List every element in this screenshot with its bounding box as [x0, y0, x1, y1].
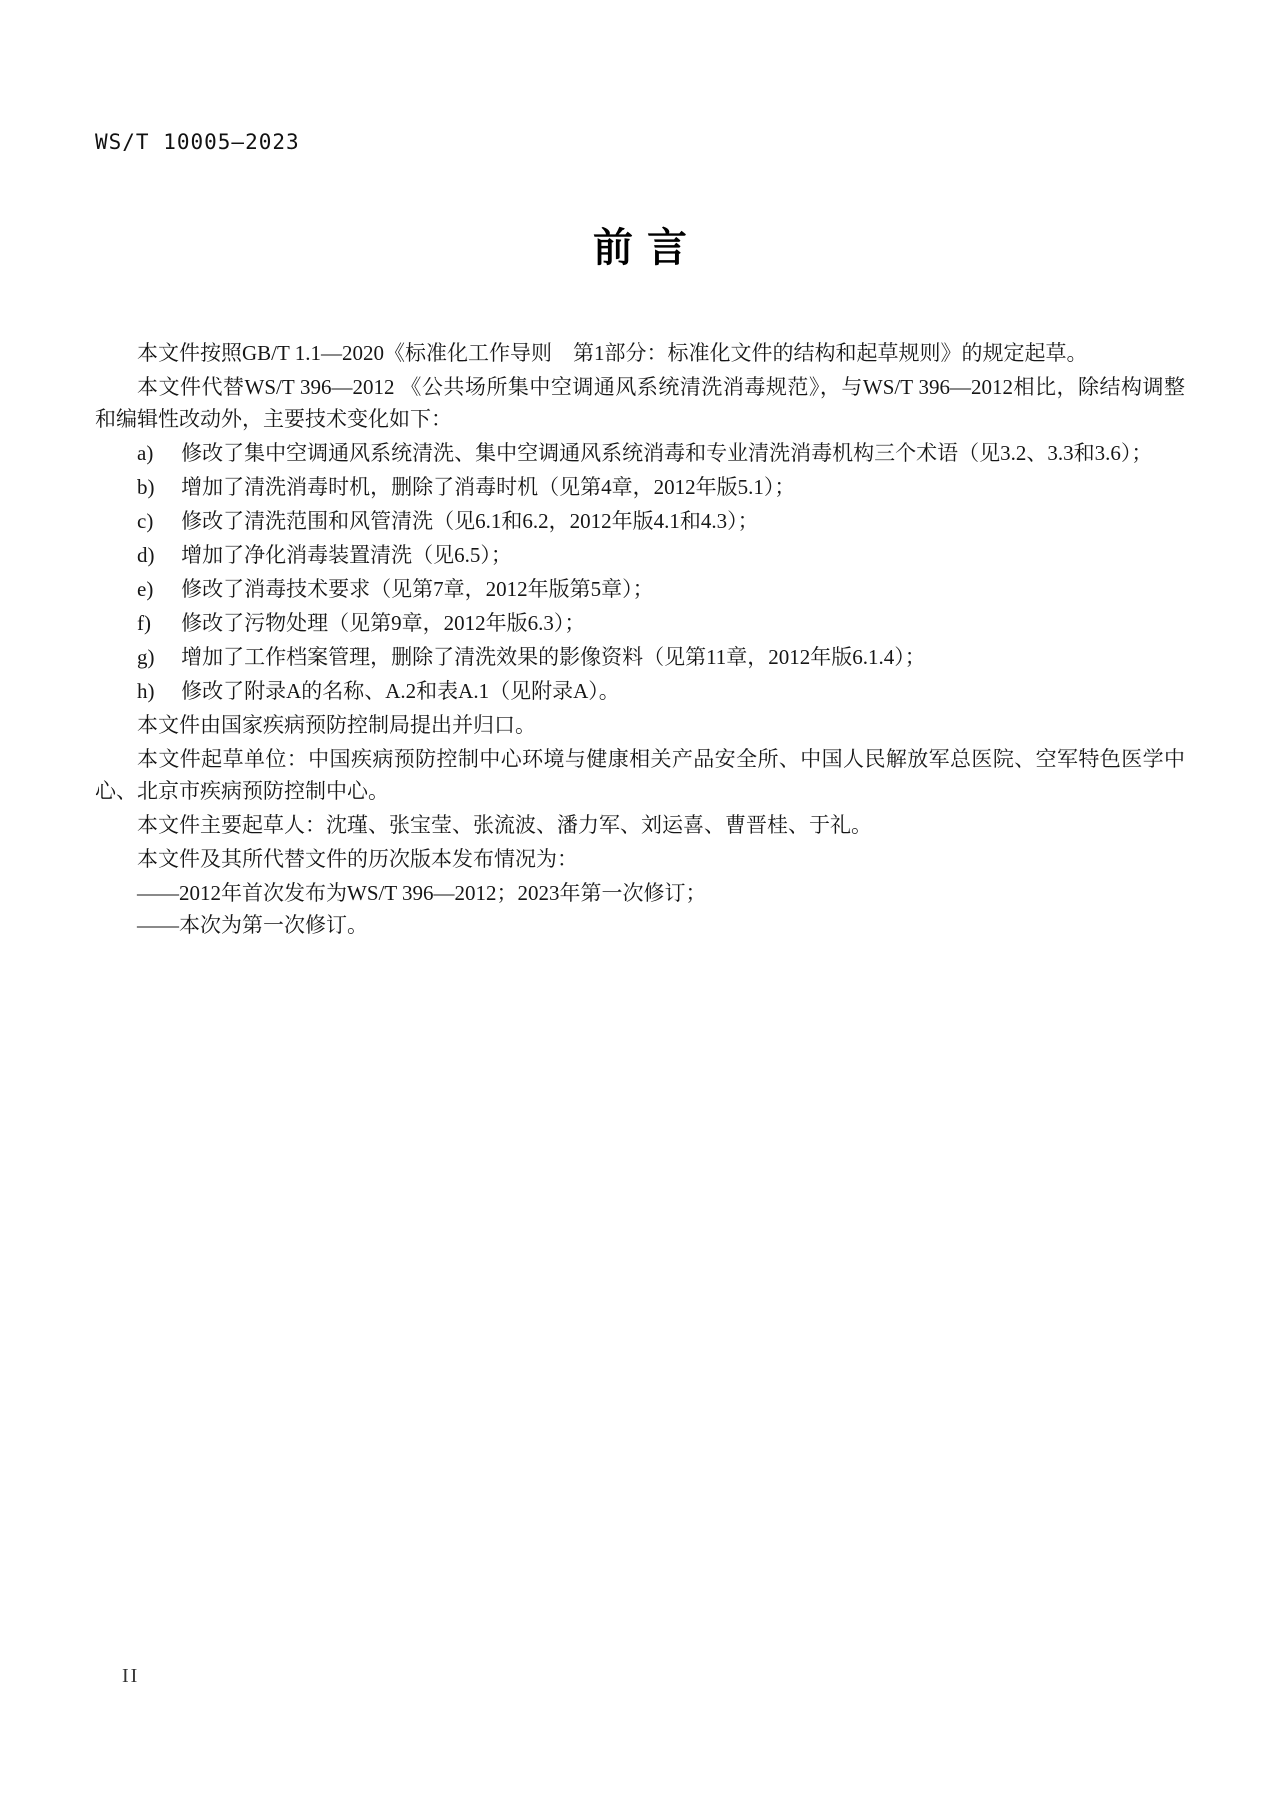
document-body: 本文件按照GB/T 1.1—2020《标准化工作导则 第1部分：标准化文件的结构… — [95, 337, 1185, 941]
change-item-g: g)增加了工作档案管理，删除了清洗效果的影像资料（见第11章，2012年版6.1… — [95, 641, 1185, 673]
paragraph-drafting-basis: 本文件按照GB/T 1.1—2020《标准化工作导则 第1部分：标准化文件的结构… — [95, 337, 1185, 369]
change-item-label: a) — [137, 437, 181, 469]
change-item-text: 修改了集中空调通风系统清洗、集中空调通风系统消毒和专业清洗消毒机构三个术语（见3… — [181, 441, 1152, 465]
change-item-e: e)修改了消毒技术要求（见第7章，2012年版第5章）； — [95, 573, 1185, 605]
page-title: 前言 — [95, 216, 1185, 273]
change-item-label: f) — [137, 607, 181, 639]
paragraph-drafting-organizations: 本文件起草单位：中国疾病预防控制中心环境与健康相关产品安全所、中国人民解放军总医… — [95, 743, 1185, 807]
change-item-label: h) — [137, 675, 181, 707]
doc-number: WS/T 10005—2023 — [95, 130, 300, 154]
paragraph-issuing-body: 本文件由国家疾病预防控制局提出并归口。 — [95, 709, 1185, 741]
change-item-text: 修改了消毒技术要求（见第7章，2012年版第5章）； — [181, 577, 654, 601]
history-item-current-revision: ——本次为第一次修订。 — [95, 909, 1185, 941]
change-item-h: h)修改了附录A的名称、A.2和表A.1（见附录A）。 — [95, 675, 1185, 707]
page-footer: II — [122, 1665, 139, 1688]
document-header: WS/T 10005—2023 — [95, 130, 1185, 154]
change-item-label: c) — [137, 505, 181, 537]
change-item-f: f)修改了污物处理（见第9章，2012年版6.3）； — [95, 607, 1185, 639]
change-item-text: 修改了污物处理（见第9章，2012年版6.3）； — [181, 611, 585, 635]
document-page: WS/T 10005—2023 前言 本文件按照GB/T 1.1—2020《标准… — [0, 0, 1280, 1810]
change-item-label: b) — [137, 471, 181, 503]
change-item-d: d)增加了净化消毒装置清洗（见6.5）； — [95, 539, 1185, 571]
paragraph-main-drafters: 本文件主要起草人：沈瑾、张宝莹、张流波、潘力军、刘运喜、曹晋桂、于礼。 — [95, 809, 1185, 841]
change-item-c: c)修改了清洗范围和风管清洗（见6.1和6.2，2012年版4.1和4.3）； — [95, 505, 1185, 537]
change-item-a: a)修改了集中空调通风系统清洗、集中空调通风系统消毒和专业清洗消毒机构三个术语（… — [95, 437, 1185, 469]
paragraph-replacement-note: 本文件代替WS/T 396—2012 《公共场所集中空调通风系统清洗消毒规范》，… — [95, 371, 1185, 435]
paragraph-version-history-intro: 本文件及其所代替文件的历次版本发布情况为： — [95, 843, 1185, 875]
change-item-text: 增加了工作档案管理，删除了清洗效果的影像资料（见第11章，2012年版6.1.4… — [181, 645, 926, 669]
change-item-text: 增加了清洗消毒时机，删除了消毒时机（见第4章，2012年版5.1）； — [181, 475, 795, 499]
change-item-label: d) — [137, 539, 181, 571]
change-item-text: 修改了清洗范围和风管清洗（见6.1和6.2，2012年版4.1和4.3）； — [181, 509, 759, 533]
change-item-b: b)增加了清洗消毒时机，删除了消毒时机（见第4章，2012年版5.1）； — [95, 471, 1185, 503]
change-item-text: 增加了净化消毒装置清洗（见6.5）； — [181, 543, 512, 567]
page-number: II — [122, 1665, 139, 1687]
change-item-label: e) — [137, 573, 181, 605]
history-item-first-release: ——2012年首次发布为WS/T 396—2012；2023年第一次修订； — [95, 877, 1185, 909]
change-item-text: 修改了附录A的名称、A.2和表A.1（见附录A）。 — [181, 679, 620, 703]
change-item-label: g) — [137, 641, 181, 673]
